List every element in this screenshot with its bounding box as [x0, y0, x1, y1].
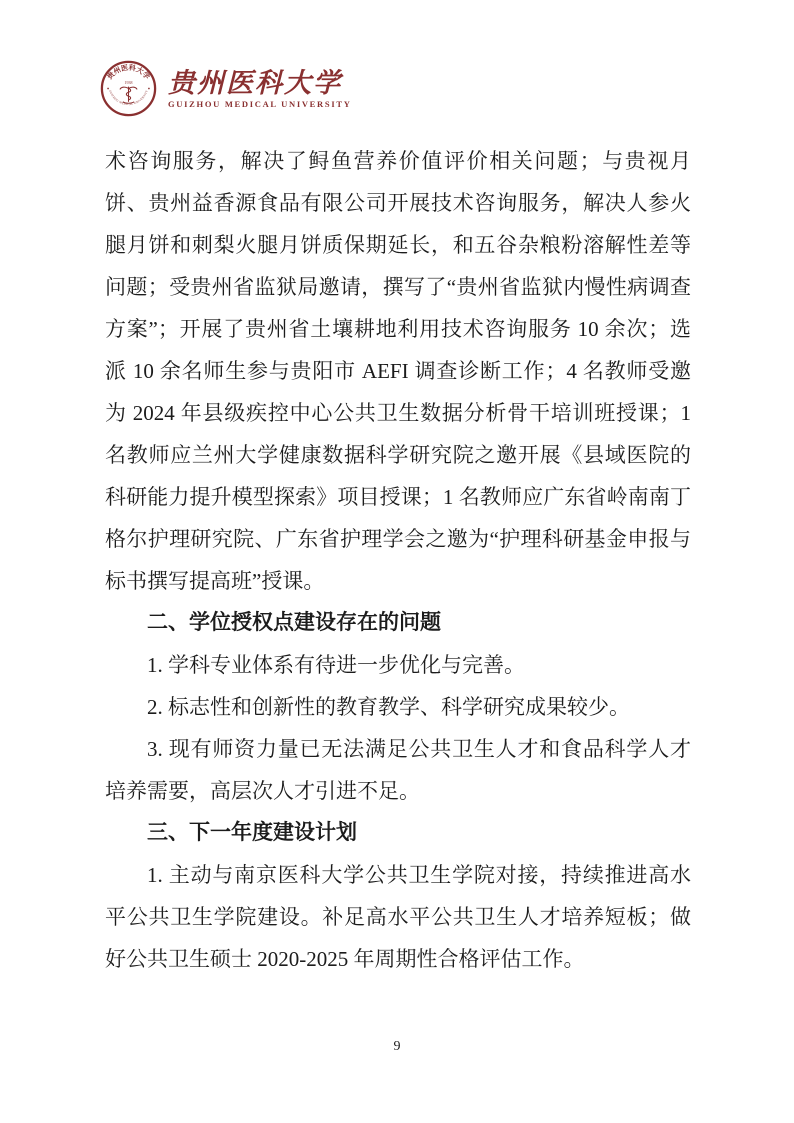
- section-2-heading: 二、学位授权点建设存在的问题: [105, 602, 691, 644]
- document-page: 贵州医科大学 1938 GUIZHOU MEDICAL UNIVERSITY 贵…: [0, 0, 794, 1123]
- caduceus-icon: [120, 87, 137, 104]
- university-name-zh: 贵州医科大学: [168, 69, 342, 97]
- document-body: 术咨询服务，解决了鲟鱼营养价值评价相关问题；与贵视月饼、贵州益香源食品有限公司开…: [105, 140, 691, 980]
- svg-text:贵州医科大学: 贵州医科大学: [105, 63, 153, 82]
- university-name-en: GUIZHOU MEDICAL UNIVERSITY: [168, 99, 352, 109]
- section-2-item-3: 3. 现有师资力量已无法满足公共卫生人才和食品科学人才培养需要，高层次人才引进不…: [105, 728, 691, 812]
- seal-year: 1938: [125, 80, 133, 85]
- section-2-item-2: 2. 标志性和创新性的教育教学、科学研究成果较少。: [105, 686, 691, 728]
- page-number: 9: [0, 1038, 794, 1056]
- section-2-item-1: 1. 学科专业体系有待进一步优化与完善。: [105, 644, 691, 686]
- university-wordmark: 贵州医科大学 GUIZHOU MEDICAL UNIVERSITY: [168, 69, 352, 109]
- continuation-paragraph: 术咨询服务，解决了鲟鱼营养价值评价相关问题；与贵视月饼、贵州益香源食品有限公司开…: [105, 140, 691, 602]
- university-seal-icon: 贵州医科大学 1938 GUIZHOU MEDICAL UNIVERSITY: [100, 60, 157, 117]
- university-logo: 贵州医科大学 1938 GUIZHOU MEDICAL UNIVERSITY 贵…: [100, 60, 352, 117]
- section-3-item-1: 1. 主动与南京医科大学公共卫生学院对接，持续推进高水平公共卫生学院建设。补足高…: [105, 854, 691, 980]
- section-3-heading: 三、下一年度建设计划: [105, 812, 691, 854]
- seal-top-text: 贵州医科大学: [105, 63, 153, 82]
